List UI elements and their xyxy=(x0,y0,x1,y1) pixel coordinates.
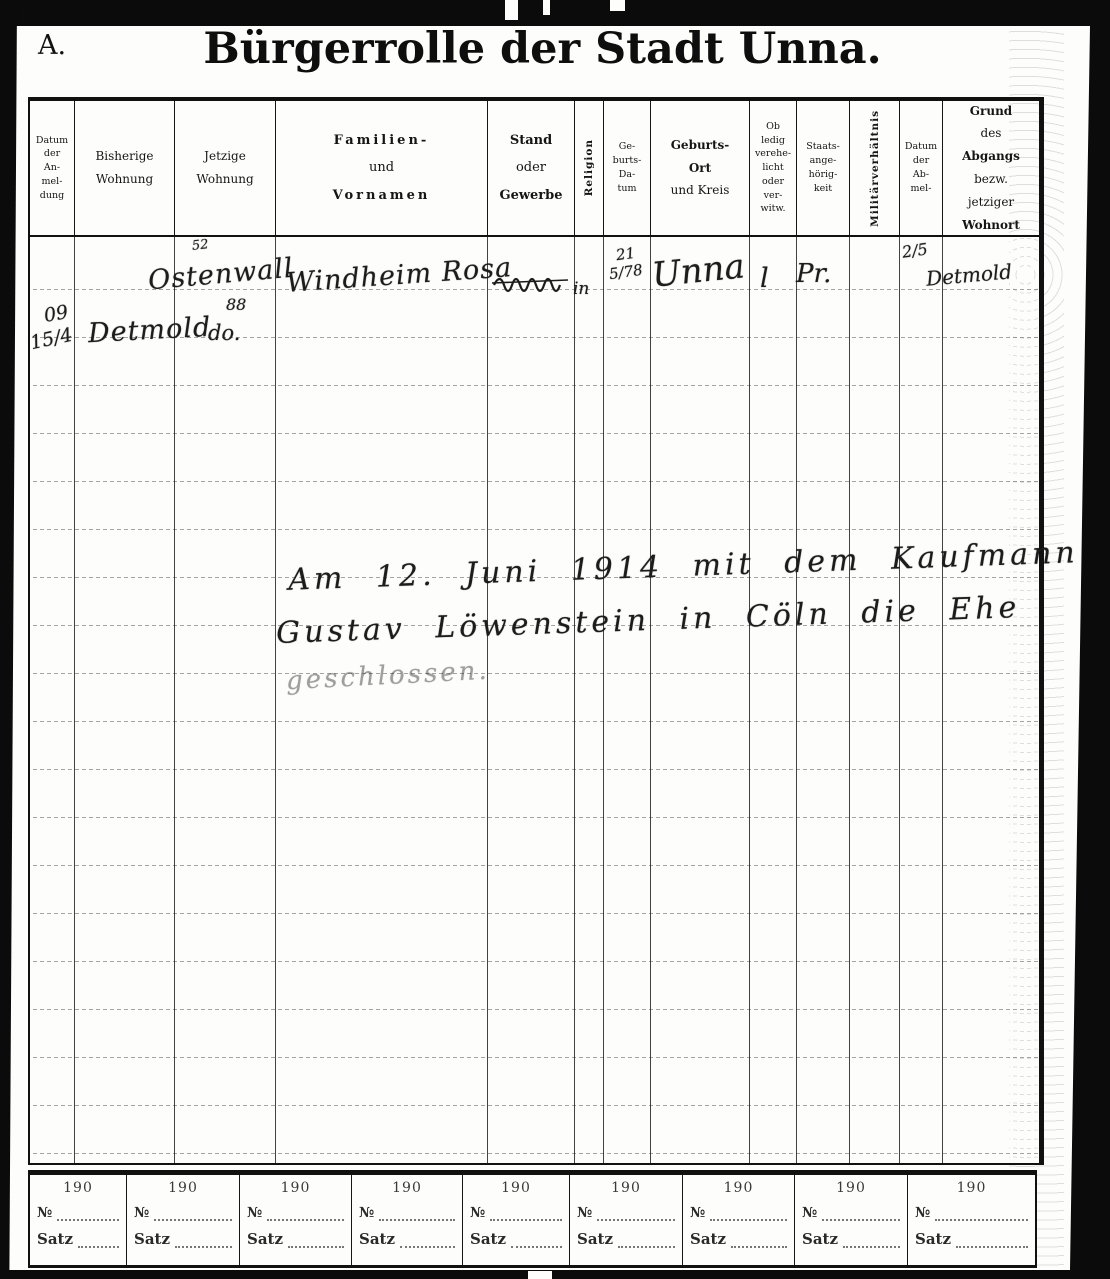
dotted-line xyxy=(267,1205,344,1221)
footer-satz-label: Satz xyxy=(915,1230,951,1248)
footer-cell: 190 № Satz xyxy=(30,1175,127,1265)
body-cell xyxy=(850,237,900,1163)
header-line: Familien- xyxy=(334,127,430,154)
header-line: Vornamen xyxy=(333,182,431,209)
hw-registration-year: 09 xyxy=(42,301,70,327)
register-table: Datum der An- mel- dung Bisherige Wohnun… xyxy=(28,97,1044,1165)
dotted-line xyxy=(935,1205,1028,1221)
footer-cell: 190 № Satz xyxy=(908,1175,1035,1265)
header-line: Jetzige xyxy=(204,145,246,168)
header-line: ver- xyxy=(764,189,783,203)
hw-citizenship: Pr. xyxy=(796,259,831,289)
footer-cell: 190 № Satz xyxy=(795,1175,908,1265)
col-header-militaerverhaeltnis: Militärverhältnis xyxy=(850,101,900,235)
dotted-line xyxy=(490,1205,562,1221)
table-body: 52 Ostenwall Windheim Rosa in 21 5/78 Un… xyxy=(30,235,1039,1163)
header-line: oder xyxy=(762,175,784,189)
dotted-line xyxy=(511,1231,562,1248)
scan-artifact xyxy=(528,1271,552,1279)
footer-year: 190 xyxy=(690,1180,787,1196)
header-line: Staats- xyxy=(806,140,840,154)
body-cell xyxy=(797,237,850,1163)
footer-year: 190 xyxy=(247,1180,344,1196)
body-cell xyxy=(575,237,604,1163)
footer-no-label: № xyxy=(37,1205,52,1221)
header-line: jetziger xyxy=(968,191,1014,214)
footer-satz-label: Satz xyxy=(359,1230,395,1248)
hw-ditto-mark: do. xyxy=(208,321,240,345)
footer-satz-label: Satz xyxy=(577,1230,613,1248)
footer-no-label: № xyxy=(470,1205,485,1221)
scan-edge-bottom xyxy=(0,1270,1110,1279)
header-line-vertical: Religion xyxy=(583,139,595,196)
footer-satz-label: Satz xyxy=(470,1230,506,1248)
header-line: hörig- xyxy=(809,168,838,182)
header-line: mel- xyxy=(42,175,63,189)
header-line: tum xyxy=(618,182,637,196)
dotted-line xyxy=(731,1231,787,1248)
header-line: der xyxy=(44,147,60,161)
header-line: Datum xyxy=(36,134,68,148)
scan-artifact xyxy=(505,0,518,20)
header-line: oder xyxy=(516,154,546,181)
header-line: Ge- xyxy=(619,140,635,154)
header-line: Stand xyxy=(510,127,552,154)
body-cell xyxy=(175,237,276,1163)
footer-year: 190 xyxy=(134,1180,232,1196)
scan-edge-right xyxy=(1064,26,1110,1270)
footer-cell: 190 № Satz xyxy=(352,1175,463,1265)
header-line: Datum xyxy=(905,140,937,154)
header-line: witw. xyxy=(760,202,785,216)
footer-cell: 190 № Satz xyxy=(463,1175,570,1265)
header-line: Wohnung xyxy=(196,168,253,191)
dotted-line xyxy=(175,1231,232,1248)
dotted-line xyxy=(710,1205,787,1221)
col-header-familien-vornamen: Familien- und Vornamen xyxy=(276,101,488,235)
dotted-line xyxy=(618,1231,675,1248)
header-line: verehe- xyxy=(755,147,791,161)
header-line: des xyxy=(981,122,1002,145)
footer-no-label: № xyxy=(134,1205,149,1221)
footer-year: 190 xyxy=(915,1180,1028,1196)
footer-year: 190 xyxy=(802,1180,900,1196)
body-column-grid xyxy=(30,237,1039,1163)
footer-no-label: № xyxy=(577,1205,592,1221)
footer-cell: 190 № Satz xyxy=(683,1175,795,1265)
dotted-line xyxy=(78,1231,119,1248)
col-header-stand-gewerbe: Stand oder Gewerbe xyxy=(488,101,575,235)
header-line: Ob xyxy=(766,120,780,134)
scan-edge-left xyxy=(0,0,17,1279)
dotted-line xyxy=(956,1231,1028,1248)
dotted-line xyxy=(154,1205,232,1221)
hw-previous-residence: Detmold xyxy=(87,312,212,349)
hw-street-number: 88 xyxy=(226,295,246,314)
header-line: Wohnung xyxy=(96,168,153,191)
footer-satz-label: Satz xyxy=(37,1230,73,1248)
footer-cell: 190 № Satz xyxy=(570,1175,683,1265)
footer-satz-label: Satz xyxy=(134,1230,170,1248)
header-line: licht xyxy=(762,161,783,175)
hw-marital-status: l xyxy=(760,263,769,294)
col-header-bisherige-wohnung: Bisherige Wohnung xyxy=(75,101,175,235)
header-line: Grund xyxy=(970,100,1012,123)
dotted-line xyxy=(400,1231,455,1248)
dotted-line xyxy=(843,1231,900,1248)
header-line: An- xyxy=(44,161,60,175)
header-line: Ort xyxy=(689,157,711,180)
footer-no-label: № xyxy=(690,1205,705,1221)
dotted-line xyxy=(822,1205,900,1221)
header-line: der xyxy=(913,154,929,168)
scan-artifact xyxy=(543,0,550,15)
scan-edge-top xyxy=(0,0,1110,26)
header-line: Wohnort xyxy=(962,214,1020,237)
footer-no-label: № xyxy=(915,1205,930,1221)
body-cell xyxy=(276,237,488,1163)
hw-street-number-superscript: 52 xyxy=(191,237,209,254)
table-header-row: Datum der An- mel- dung Bisherige Wohnun… xyxy=(30,101,1039,235)
header-line: Abgangs xyxy=(962,145,1020,168)
header-line: mel- xyxy=(911,182,932,196)
dotted-line xyxy=(597,1205,675,1221)
page-title: Bürgerrolle der Stadt Unna. xyxy=(0,24,1085,74)
document-sheet: A. Bürgerrolle der Stadt Unna. Datum der… xyxy=(0,0,1110,1279)
footer-year: 190 xyxy=(470,1180,562,1196)
dotted-line xyxy=(288,1231,344,1248)
header-line: ange- xyxy=(810,154,837,168)
footer-no-label: № xyxy=(247,1205,262,1221)
footer-cell: 190 № Satz xyxy=(240,1175,352,1265)
hw-deregistration-date: 2/5 xyxy=(901,239,929,261)
body-cell xyxy=(651,237,750,1163)
footer-year: 190 xyxy=(37,1180,119,1196)
col-header-grund-abgang: Grund des Abgangs bezw. jetziger Wohnort xyxy=(943,101,1039,235)
scanned-register-page: { "page": { "corner_label": "A.", "title… xyxy=(0,0,1110,1279)
col-header-geburtsdatum: Ge- burts- Da- tum xyxy=(604,101,651,235)
header-line: und xyxy=(369,154,394,181)
dotted-line xyxy=(57,1205,119,1221)
footer-year: 190 xyxy=(577,1180,675,1196)
body-cell xyxy=(943,237,1039,1163)
col-header-religion: Religion xyxy=(575,101,604,235)
footer-satz-label: Satz xyxy=(247,1230,283,1248)
body-cell xyxy=(750,237,797,1163)
header-line: Bisherige xyxy=(95,145,153,168)
footer-no-label: № xyxy=(802,1205,817,1221)
footer-year: 190 xyxy=(359,1180,455,1196)
dotted-line xyxy=(379,1205,455,1221)
header-line: und Kreis xyxy=(671,179,730,202)
body-cell xyxy=(604,237,651,1163)
footer-no-label: № xyxy=(359,1205,374,1221)
header-line-vertical: Militärverhältnis xyxy=(869,110,881,227)
footer-strip: 190 № Satz 190 № Satz 190 № Satz 190 № S… xyxy=(28,1170,1037,1268)
header-line: burts- xyxy=(613,154,642,168)
hw-crossed-out-scribble xyxy=(492,271,570,295)
col-header-staatsangehoerigkeit: Staats- ange- hörig- keit xyxy=(797,101,850,235)
col-header-abmeldung: Datum der Ab- mel- xyxy=(900,101,943,235)
header-line: dung xyxy=(40,189,64,203)
footer-satz-label: Satz xyxy=(802,1230,838,1248)
header-line: Geburts- xyxy=(671,134,730,157)
body-cell xyxy=(75,237,175,1163)
header-line: Gewerbe xyxy=(499,182,562,209)
body-cell xyxy=(30,237,75,1163)
scan-artifact xyxy=(610,0,625,11)
body-cell xyxy=(900,237,943,1163)
body-cell xyxy=(488,237,575,1163)
hw-stand-note: in xyxy=(573,279,589,299)
header-line: Ab- xyxy=(913,168,929,182)
header-line: bezw. xyxy=(974,168,1008,191)
header-line: Da- xyxy=(619,168,636,182)
col-header-anmeldung: Datum der An- mel- dung xyxy=(30,101,75,235)
col-header-familienstand: Ob ledig verehe- licht oder ver- witw. xyxy=(750,101,797,235)
header-line: ledig xyxy=(761,134,785,148)
footer-satz-label: Satz xyxy=(690,1230,726,1248)
footer-cell: 190 № Satz xyxy=(127,1175,240,1265)
col-header-geburtsort: Geburts- Ort und Kreis xyxy=(651,101,750,235)
header-line: keit xyxy=(814,182,832,196)
col-header-jetzige-wohnung: Jetzige Wohnung xyxy=(175,101,276,235)
